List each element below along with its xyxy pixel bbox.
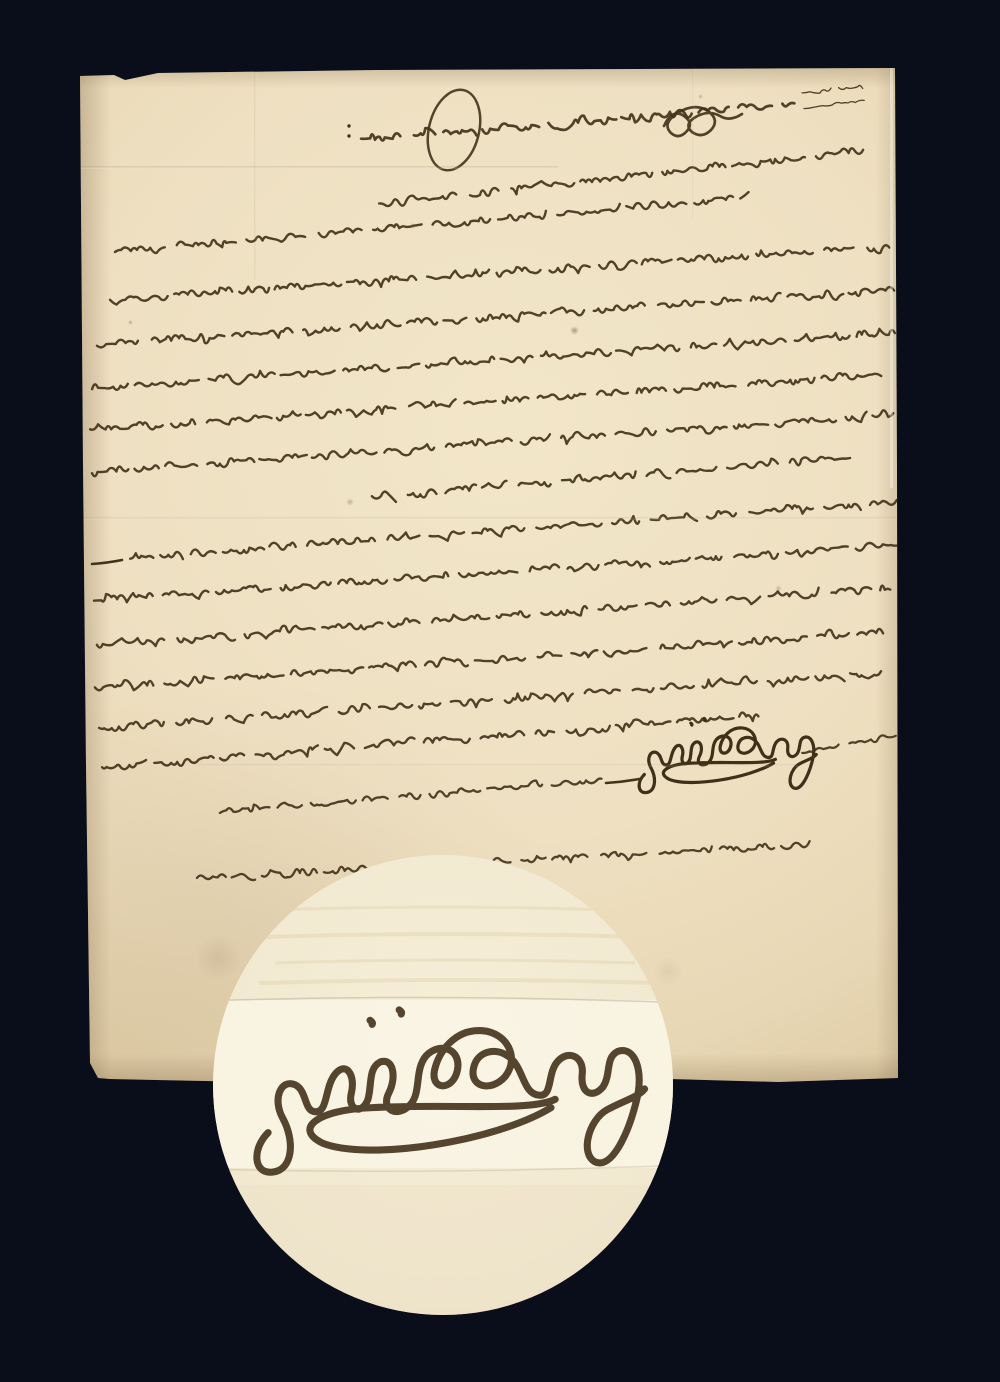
body-line-8	[372, 457, 850, 502]
heading-line	[361, 103, 794, 140]
inset-paper-streak	[271, 907, 611, 910]
body2-line-3	[97, 586, 890, 648]
handwriting-group	[90, 84, 900, 880]
scan-background	[0, 0, 1000, 1382]
inset-lower-tone	[213, 1185, 673, 1315]
body-line-1	[379, 148, 863, 206]
heading-colon-dot	[347, 134, 350, 137]
inset-svg	[213, 855, 673, 1315]
corner-note-line-2	[804, 100, 864, 108]
inset-paper-streak	[259, 980, 659, 983]
body-line-3	[110, 245, 889, 304]
right-of-signature-line	[802, 735, 896, 753]
signature-magnifier-inset	[213, 855, 673, 1315]
inset-paper-streak	[263, 934, 643, 937]
corner-note-line-1	[802, 85, 863, 93]
closing-line-1	[220, 779, 602, 813]
body-line-2	[115, 192, 749, 253]
heading-colon-dot	[347, 124, 350, 127]
signature-flourish	[639, 718, 816, 792]
body-line-6	[90, 373, 881, 430]
body-line-4	[97, 287, 894, 347]
inset-paper-streak	[275, 960, 635, 963]
em-dash-left	[92, 560, 122, 564]
body2-line-5	[99, 671, 881, 731]
body2-line-1	[130, 500, 897, 559]
em-dash-before-signature	[606, 779, 639, 783]
